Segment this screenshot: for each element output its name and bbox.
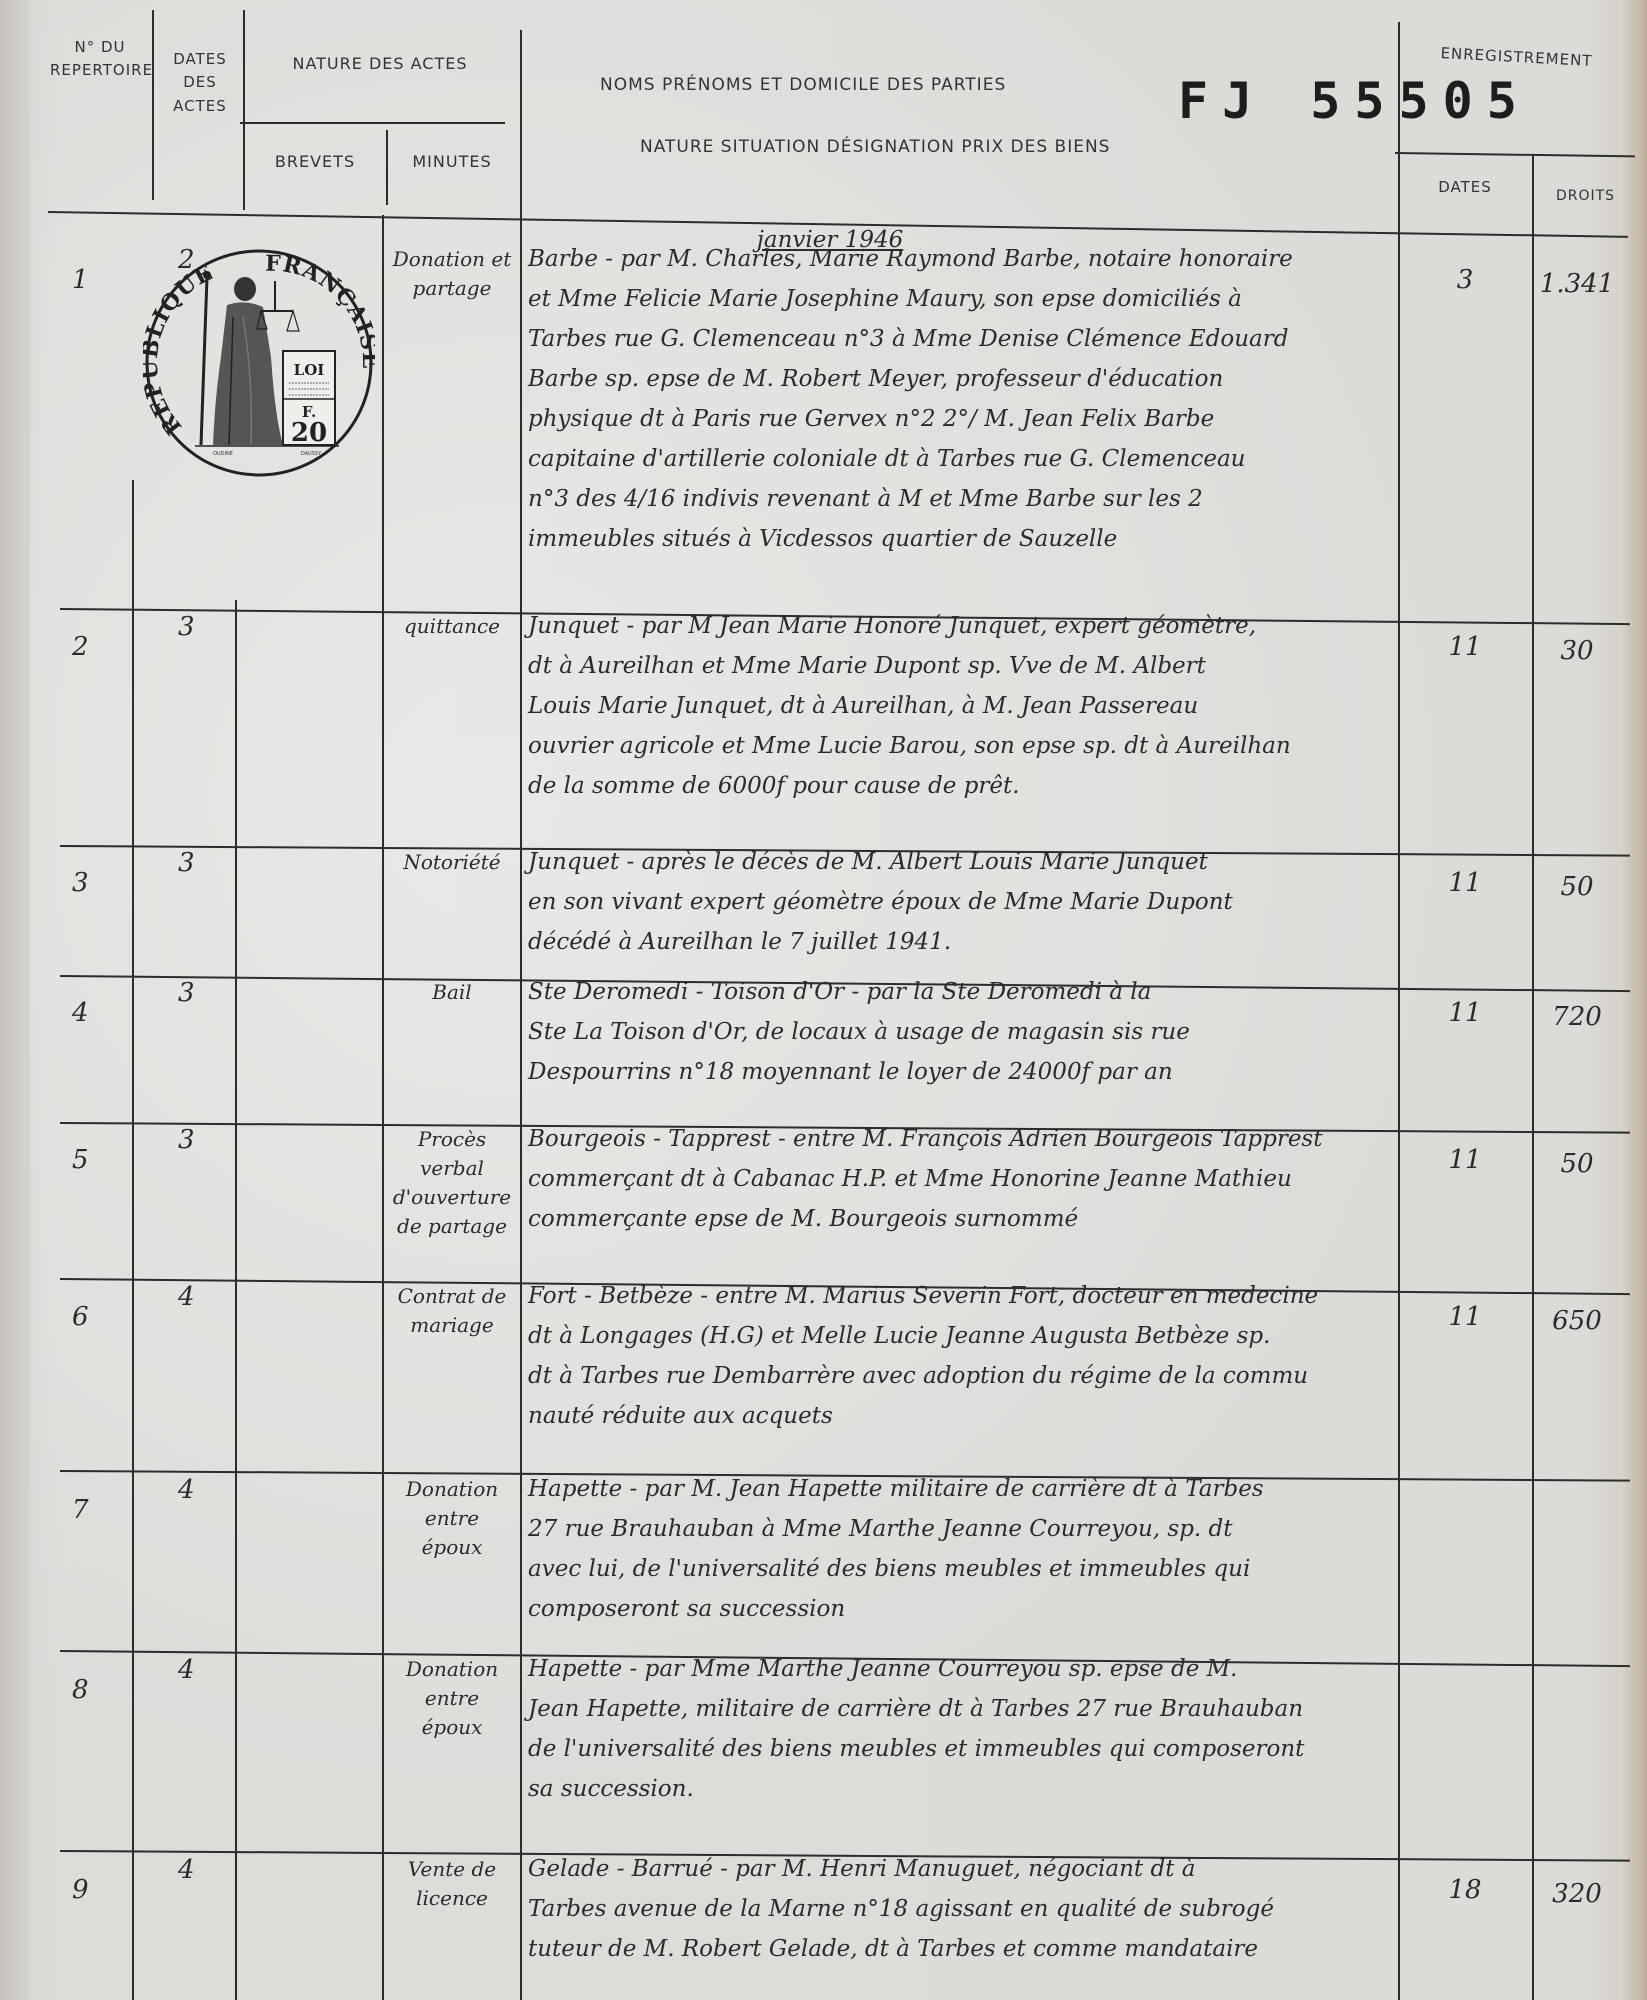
entry-droits: 50 bbox=[1522, 1149, 1632, 1179]
entry-description-line: Ste La Toison d'Or, de locaux à usage de… bbox=[528, 1012, 1218, 1052]
entry-description-line: physique dt à Paris rue Gervex n°2 2°/ M… bbox=[528, 399, 1218, 439]
header-subdivider bbox=[1395, 152, 1635, 157]
entry-description-line: Junquet - par M Jean Marie Honoré Junque… bbox=[528, 606, 1218, 646]
svg-text:20: 20 bbox=[291, 418, 327, 448]
entry-description-line: en son vivant expert géomètre époux de M… bbox=[528, 882, 1218, 922]
entry-number: 5 bbox=[72, 1145, 89, 1175]
fiscal-stamp: REPUBLIQUE FRANÇAISE LOI F. 20 bbox=[143, 247, 375, 479]
entry-registration-date: 11 bbox=[1405, 998, 1525, 1028]
entry-nature-minute: Donation entre époux bbox=[392, 1655, 512, 1742]
entry-description: Junquet - après le décès de M. Albert Lo… bbox=[528, 842, 1218, 962]
entry-droits: 320 bbox=[1522, 1879, 1632, 1909]
entry-registration-date: 18 bbox=[1405, 1875, 1525, 1905]
marianne-justice-icon: REPUBLIQUE FRANÇAISE LOI F. 20 bbox=[143, 247, 375, 479]
entry-date: 3 bbox=[178, 1125, 195, 1155]
entry-description: Barbe - par M. Charles, Marie Raymond Ba… bbox=[528, 239, 1218, 559]
header-dates-actes: Dates des Actes bbox=[160, 48, 240, 118]
entry-description: Ste Deromedi - Toison d'Or - par la Ste … bbox=[528, 972, 1218, 1092]
entry-description-line: Junquet - après le décès de M. Albert Lo… bbox=[528, 842, 1218, 882]
entry-registration-date: 11 bbox=[1405, 1302, 1525, 1332]
entry-description-line: ouvrier agricole et Mme Lucie Barou, son… bbox=[528, 726, 1218, 766]
entry-date: 4 bbox=[178, 1282, 195, 1312]
entry-registration-date: 11 bbox=[1405, 632, 1525, 662]
entry-description-line: et Mme Felicie Marie Josephine Maury, so… bbox=[528, 279, 1218, 319]
entry-date: 3 bbox=[178, 612, 195, 642]
entry-nature-minute: Vente de licence bbox=[392, 1855, 512, 1913]
col-divider bbox=[386, 130, 388, 205]
entry-description-line: Gelade - Barrué - par M. Henri Manuguet,… bbox=[528, 1849, 1218, 1889]
entry-description-line: tuteur de M. Robert Gelade, dt à Tarbes … bbox=[528, 1929, 1218, 1969]
header-parties-line1: Noms Prénoms et Domicile des Parties bbox=[600, 72, 1250, 98]
entry-droits: 50 bbox=[1522, 872, 1632, 902]
col-divider bbox=[132, 480, 134, 2000]
entry-number: 7 bbox=[72, 1495, 89, 1525]
page-binding bbox=[0, 0, 30, 2000]
entry-description: Junquet - par M Jean Marie Honoré Junque… bbox=[528, 606, 1218, 806]
entry-date: 4 bbox=[178, 1855, 195, 1885]
entry-description-line: avec lui, de l'universalité des biens me… bbox=[528, 1549, 1218, 1589]
entry-date: 3 bbox=[178, 848, 195, 878]
entry-description-line: décédé à Aureilhan le 7 juillet 1941. bbox=[528, 922, 1218, 962]
entry-description-line: commerçant dt à Cabanac H.P. et Mme Hono… bbox=[528, 1159, 1218, 1199]
entry-description: Fort - Betbèze - entre M. Marius Severin… bbox=[528, 1276, 1218, 1436]
entry-description: Gelade - Barrué - par M. Henri Manuguet,… bbox=[528, 1849, 1218, 1969]
entry-description-line: composeront sa succession bbox=[528, 1589, 1218, 1629]
entry-description-line: immeubles situés à Vicdessos quartier de… bbox=[528, 519, 1218, 559]
entry-description-line: Barbe - par M. Charles, Marie Raymond Ba… bbox=[528, 239, 1218, 279]
entry-registration-date: 11 bbox=[1405, 1145, 1525, 1175]
entry-date: 4 bbox=[178, 1655, 195, 1685]
entry-description-line: capitaine d'artillerie coloniale dt à Ta… bbox=[528, 439, 1218, 479]
register-page: N° du Repertoire Dates des Actes Nature … bbox=[0, 0, 1647, 2000]
col-divider bbox=[235, 600, 237, 2000]
header-brevets: Brevets bbox=[250, 150, 380, 175]
reference-stamp-number: FJ 55505 bbox=[1178, 72, 1531, 130]
entry-description-line: Hapette - par Mme Marthe Jeanne Courreyo… bbox=[528, 1649, 1218, 1689]
entry-description-line: Louis Marie Junquet, dt à Aureilhan, à M… bbox=[528, 686, 1218, 726]
entry-description-line: de la somme de 6000f pour cause de prêt. bbox=[528, 766, 1218, 806]
entry-droits: 650 bbox=[1522, 1306, 1632, 1336]
header-nature-actes: Nature des Actes bbox=[260, 52, 500, 77]
header-enregistrement: Enregistrement bbox=[1404, 40, 1630, 75]
entry-description-line: n°3 des 4/16 indivis revenant à M et Mme… bbox=[528, 479, 1218, 519]
col-divider bbox=[152, 10, 154, 200]
col-divider bbox=[243, 10, 245, 210]
entry-nature-minute: Donation et partage bbox=[392, 245, 512, 303]
col-divider-parties bbox=[520, 30, 522, 2000]
svg-text:OUDINE: OUDINE bbox=[213, 451, 233, 457]
entry-nature-minute: Notoriété bbox=[392, 848, 512, 877]
entry-description-line: Fort - Betbèze - entre M. Marius Severin… bbox=[528, 1276, 1218, 1316]
entry-description: Hapette - par Mme Marthe Jeanne Courreyo… bbox=[528, 1649, 1218, 1809]
entry-description-line: Tarbes avenue de la Marne n°18 agissant … bbox=[528, 1889, 1218, 1929]
entry-description-line: dt à Longages (H.G) et Melle Lucie Jeann… bbox=[528, 1316, 1218, 1356]
entry-droits: 30 bbox=[1522, 636, 1632, 666]
header-minutes: Minutes bbox=[392, 150, 512, 175]
entry-droits: 1.341 bbox=[1522, 269, 1632, 299]
entry-registration-date: 3 bbox=[1405, 265, 1525, 295]
svg-text:DAUSSY: DAUSSY bbox=[301, 451, 322, 457]
entry-number: 8 bbox=[72, 1675, 89, 1705]
entry-number: 1 bbox=[72, 265, 89, 295]
entry-description-line: dt à Aureilhan et Mme Marie Dupont sp. V… bbox=[528, 646, 1218, 686]
entry-description-line: de l'universalité des biens meubles et i… bbox=[528, 1729, 1218, 1769]
entry-description-line: commerçante epse de M. Bourgeois surnomm… bbox=[528, 1199, 1218, 1239]
col-divider-enregistrement bbox=[1398, 22, 1400, 2000]
entry-description-line: Barbe sp. epse de M. Robert Meyer, profe… bbox=[528, 359, 1218, 399]
entry-number: 3 bbox=[72, 868, 89, 898]
entry-description: Bourgeois - Tapprest - entre M. François… bbox=[528, 1119, 1218, 1239]
entry-number: 9 bbox=[72, 1875, 89, 1905]
col-divider-droits bbox=[1532, 155, 1534, 2000]
header-dates: Dates bbox=[1405, 176, 1525, 199]
entry-description-line: Jean Hapette, militaire de carrière dt à… bbox=[528, 1689, 1218, 1729]
col-divider bbox=[382, 215, 384, 2000]
entry-number: 6 bbox=[72, 1302, 89, 1332]
header-subdivider bbox=[240, 122, 505, 124]
entry-nature-minute: Contrat de mariage bbox=[392, 1282, 512, 1340]
entry-date: 3 bbox=[178, 978, 195, 1008]
header-parties-line2: Nature Situation Désignation Prix des Bi… bbox=[640, 134, 1290, 160]
entry-description-line: Ste Deromedi - Toison d'Or - par la Ste … bbox=[528, 972, 1218, 1012]
entry-date: 4 bbox=[178, 1475, 195, 1505]
entry-description: Hapette - par M. Jean Hapette militaire … bbox=[528, 1469, 1218, 1629]
entry-description-line: Bourgeois - Tapprest - entre M. François… bbox=[528, 1119, 1218, 1159]
entry-nature-minute: quittance bbox=[392, 612, 512, 641]
entry-nature-minute: Bail bbox=[392, 978, 512, 1007]
entry-registration-date: 11 bbox=[1405, 868, 1525, 898]
entry-nature-minute: Donation entre époux bbox=[392, 1475, 512, 1562]
page-edge bbox=[1625, 0, 1647, 2000]
entry-description-line: sa succession. bbox=[528, 1769, 1218, 1809]
entry-description-line: Tarbes rue G. Clemenceau n°3 à Mme Denis… bbox=[528, 319, 1218, 359]
entry-date: 2 bbox=[178, 245, 195, 275]
header-no-repertoire: N° du Repertoire bbox=[50, 36, 150, 83]
entry-droits: 720 bbox=[1522, 1002, 1632, 1032]
entry-description-line: Hapette - par M. Jean Hapette militaire … bbox=[528, 1469, 1218, 1509]
entry-number: 4 bbox=[72, 998, 89, 1028]
entry-number: 2 bbox=[72, 632, 89, 662]
entry-description-line: 27 rue Brauhauban à Mme Marthe Jeanne Co… bbox=[528, 1509, 1218, 1549]
entry-description-line: dt à Tarbes rue Dembarrère avec adoption… bbox=[528, 1356, 1218, 1396]
entry-description-line: Despourrins n°18 moyennant le loyer de 2… bbox=[528, 1052, 1218, 1092]
svg-text:LOI: LOI bbox=[294, 361, 325, 379]
entry-description-line: nauté réduite aux acquets bbox=[528, 1396, 1218, 1436]
header-droits: Droits bbox=[1538, 186, 1633, 208]
entry-nature-minute: Procès verbal d'ouverture de partage bbox=[392, 1125, 512, 1241]
